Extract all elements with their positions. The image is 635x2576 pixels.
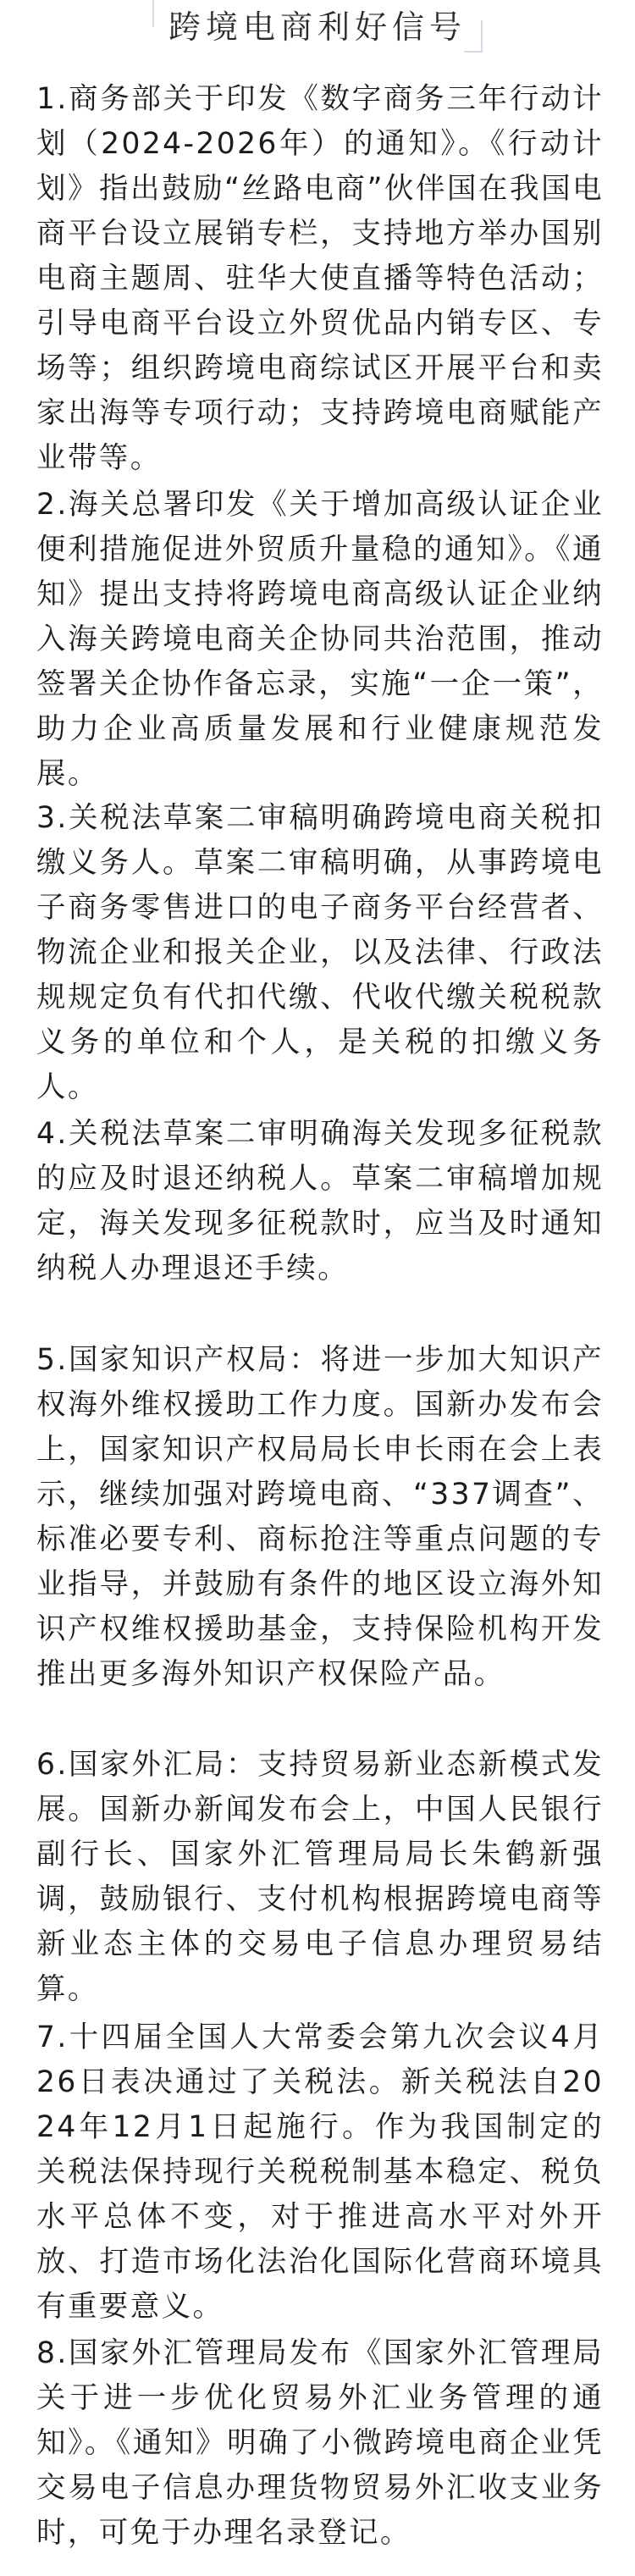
news-item-1: 1.商务部关于印发《数字商务三年行动计划（2024-2026年）的通知》。《行动… — [36, 77, 604, 481]
news-item-5: 5.国家知识产权局：将进一步加大知识产权海外维权援助工作力度。国新办发布会上，国… — [36, 1338, 604, 1697]
news-item-8: 8.国家外汇管理局发布《国家外汇管理局关于进一步优化贸易外汇业务管理的通知》。《… — [36, 2331, 604, 2556]
page-title: 跨境电商利好信号 — [152, 5, 483, 49]
bracket-bottom-right-decoration-h — [464, 51, 483, 53]
news-item-2: 2.海关总署印发《关于增加高级认证企业便利措施促进外贸质升量稳的通知》。《通知》… — [36, 483, 604, 797]
bracket-bottom-right-decoration — [481, 20, 483, 53]
news-item-6: 6.国家外汇局：支持贸易新业态新模式发展。国新办新闻发布会上，中国人民银行副行长… — [36, 1743, 604, 2012]
news-item-4: 4.关税法草案二审明确海关发现多征税款的应及时退还纳税人。草案二审稿增加规定，海… — [36, 1112, 604, 1291]
news-item-7: 7.十四届全国人大常委会第九次会议4月26日表决通过了关税法。新关税法自2024… — [36, 2015, 604, 2330]
news-item-3: 3.关税法草案二审稿明确跨境电商关税扣缴义务人。草案二审稿明确，从事跨境电子商务… — [36, 796, 604, 1110]
title-block: 跨境电商利好信号 — [152, 0, 483, 54]
